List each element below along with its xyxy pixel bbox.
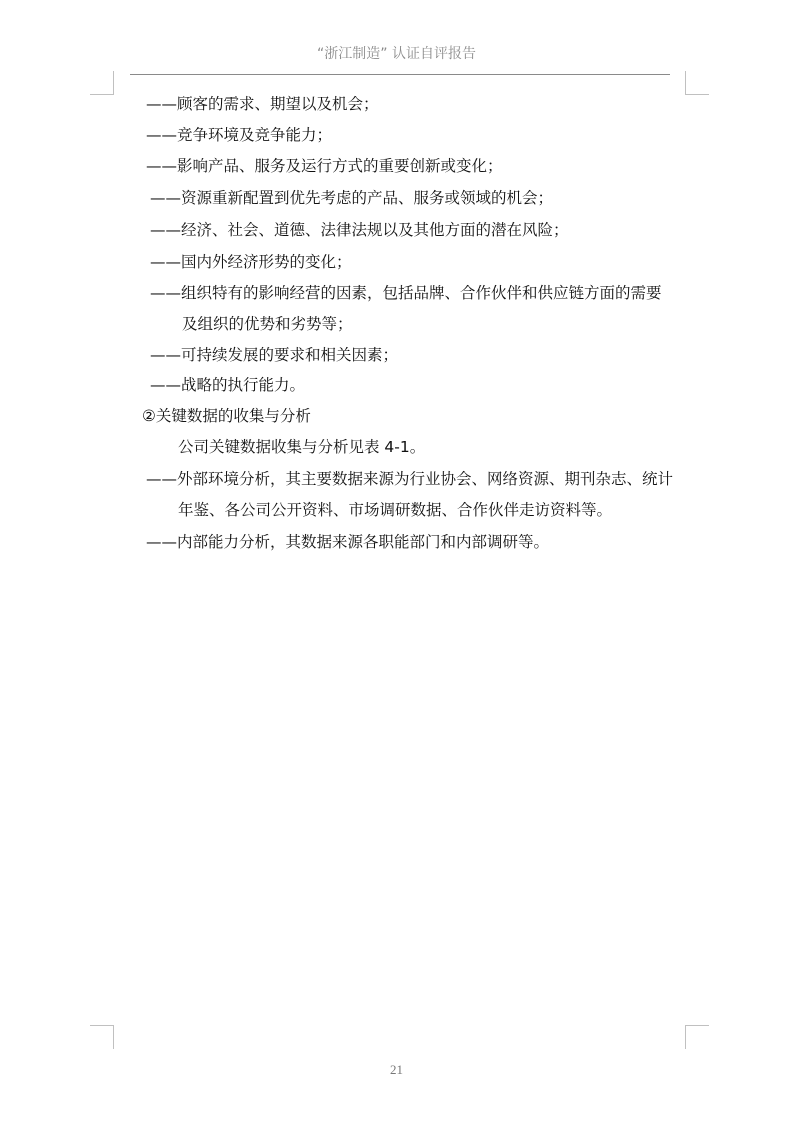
- text-line: ——顾客的需求、期望以及机会；: [146, 94, 379, 114]
- page-number: 21: [0, 1062, 793, 1078]
- text-line: ——组织特有的影响经营的因素，包括品牌、合作伙伴和供应链方面的需要: [150, 283, 662, 303]
- text-line: ——国内外经济形势的变化；: [150, 252, 352, 272]
- crop-mark-top-left-icon: [90, 71, 114, 95]
- text-line: ——内部能力分析，其数据来源各职能部门和内部调研等。: [146, 532, 549, 552]
- text-line: ——外部环境分析，其主要数据来源为行业协会、网络资源、期刊杂志、统计: [146, 469, 673, 489]
- text-line-continuation: 及组织的优势和劣势等；: [182, 314, 353, 334]
- crop-mark-top-right-icon: [685, 71, 709, 95]
- header-title: “浙江制造” 认证自评报告: [0, 44, 793, 64]
- paragraph-line: 公司关键数据收集与分析见表 4-1。: [178, 437, 425, 457]
- text-line: ——影响产品、服务及运行方式的重要创新或变化；: [146, 156, 503, 176]
- text-line: ——竞争环境及竞争能力；: [146, 125, 332, 145]
- header-divider: [130, 74, 670, 75]
- document-page: “浙江制造” 认证自评报告 ——顾客的需求、期望以及机会； ——竞争环境及竞争能…: [0, 0, 793, 1121]
- section-heading: ②关键数据的收集与分析: [142, 406, 311, 426]
- text-line: ——经济、社会、道德、法律法规以及其他方面的潜在风险；: [150, 220, 569, 240]
- text-line: ——战略的执行能力。: [150, 375, 305, 395]
- text-line: ——资源重新配置到优先考虑的产品、服务或领域的机会；: [150, 188, 553, 208]
- crop-mark-bottom-right-icon: [685, 1025, 709, 1049]
- crop-mark-bottom-left-icon: [90, 1025, 114, 1049]
- text-line: ——可持续发展的要求和相关因素；: [150, 345, 398, 365]
- text-line-continuation: 年鉴、各公司公开资料、市场调研数据、合作伙伴走访资料等。: [178, 500, 612, 520]
